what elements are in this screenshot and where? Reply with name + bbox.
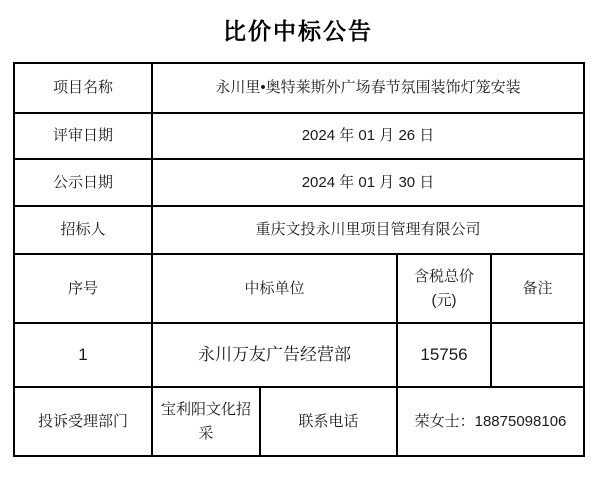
announcement-table: 项目名称 永川里•奥特莱斯外广场春节氛围装饰灯笼安装 评审日期 2024 年 0… <box>13 62 585 457</box>
contact-phone-label: 联系电话 <box>260 387 397 456</box>
bid-price-value: 15756 <box>397 323 491 387</box>
column-header-remark: 备注 <box>491 254 584 323</box>
announcement-page: 比价中标公告 项目名称 永川里•奥特莱斯外广场春节氛围装饰灯笼安装 评审日期 2… <box>0 0 596 482</box>
project-name-label: 项目名称 <box>14 63 152 113</box>
column-header-price: 含税总价 (元) <box>397 254 491 323</box>
project-name-value: 永川里•奥特莱斯外广场春节氛围装饰灯笼安装 <box>152 63 584 113</box>
complaint-row: 投诉受理部门 宝利阳文化招采 联系电话 荣女士：18875098106 <box>14 387 584 456</box>
tenderer-value: 重庆文投永川里项目管理有限公司 <box>152 206 584 254</box>
complaint-dept-label: 投诉受理部门 <box>14 387 152 456</box>
bid-header-row: 序号 中标单位 含税总价 (元) 备注 <box>14 254 584 323</box>
table-row: 项目名称 永川里•奥特莱斯外广场春节氛围装饰灯笼安装 <box>14 63 584 113</box>
column-header-seq: 序号 <box>14 254 152 323</box>
table-row: 招标人 重庆文投永川里项目管理有限公司 <box>14 206 584 254</box>
bid-remark-value <box>491 323 584 387</box>
bid-seq-value: 1 <box>14 323 152 387</box>
contact-phone-value: 荣女士：18875098106 <box>397 387 584 456</box>
review-date-label: 评审日期 <box>14 113 152 159</box>
review-date-value: 2024 年 01 月 26 日 <box>152 113 584 159</box>
table-row: 公示日期 2024 年 01 月 30 日 <box>14 159 584 206</box>
page-title: 比价中标公告 <box>0 13 596 46</box>
table-row: 评审日期 2024 年 01 月 26 日 <box>14 113 584 159</box>
column-header-winner: 中标单位 <box>152 254 397 323</box>
bid-winner-value: 永川万友广告经营部 <box>152 323 397 387</box>
tenderer-label: 招标人 <box>14 206 152 254</box>
publicity-date-value: 2024 年 01 月 30 日 <box>152 159 584 206</box>
complaint-dept-value: 宝利阳文化招采 <box>152 387 260 456</box>
bid-data-row: 1 永川万友广告经营部 15756 <box>14 323 584 387</box>
publicity-date-label: 公示日期 <box>14 159 152 206</box>
